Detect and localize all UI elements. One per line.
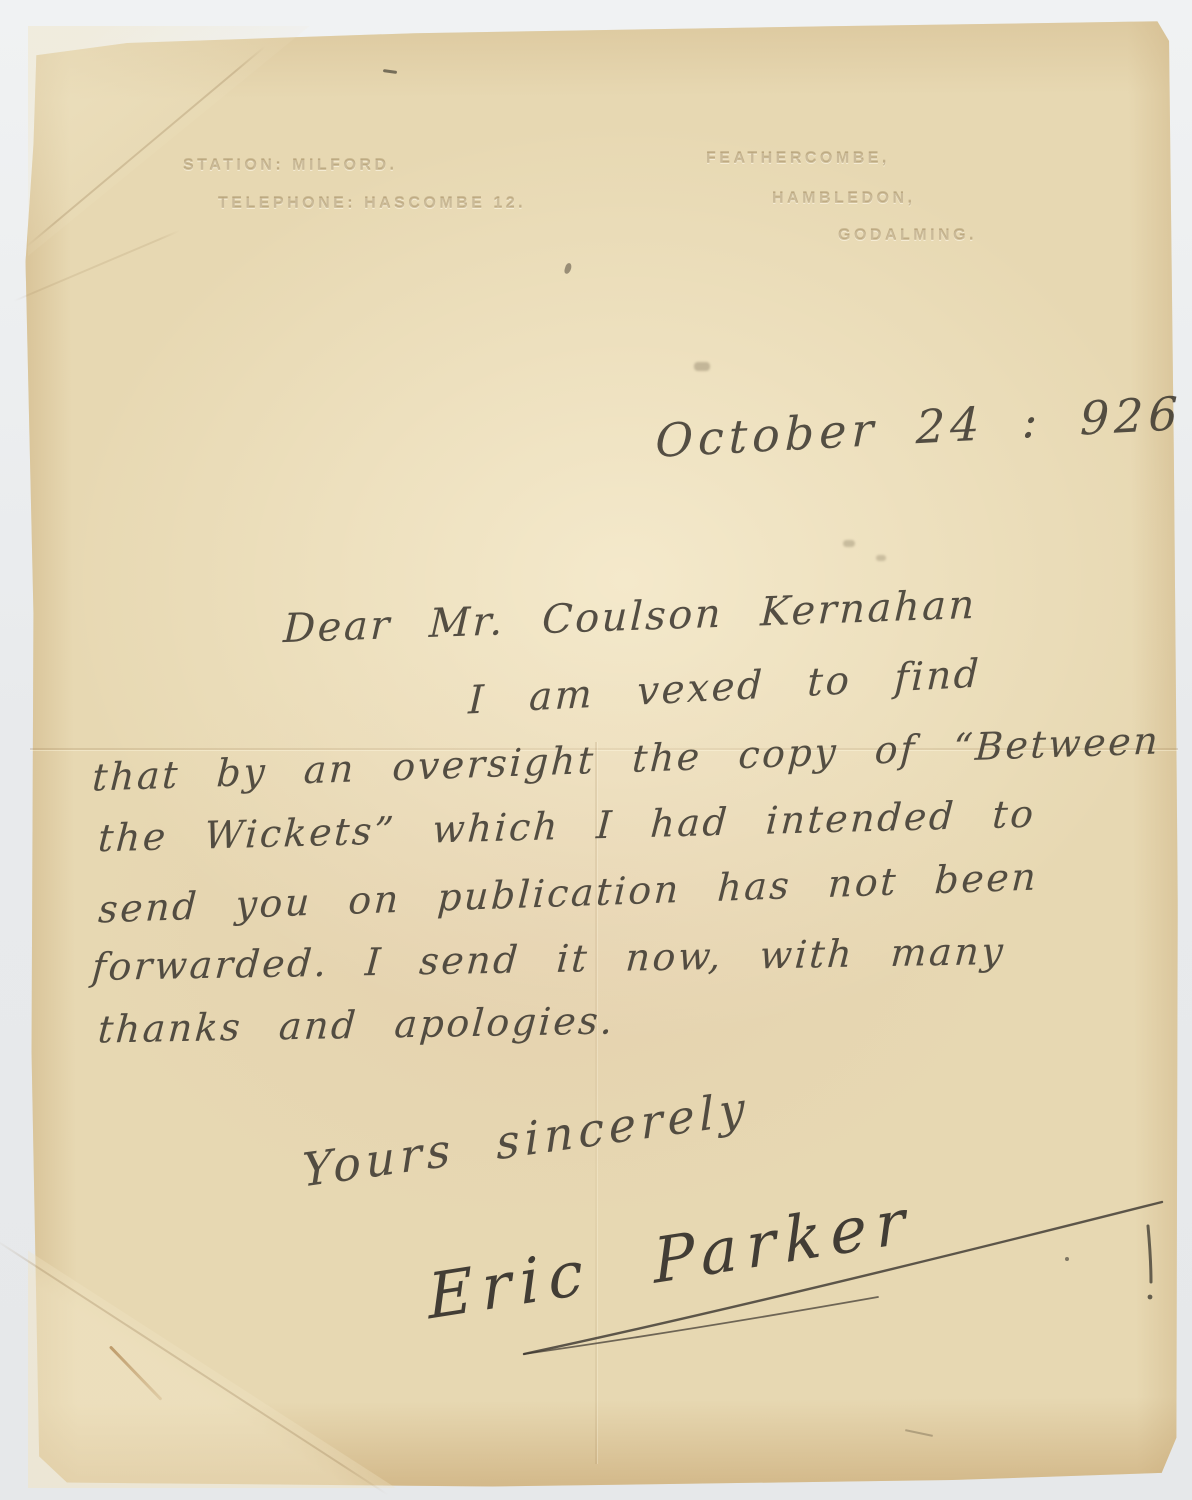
embossed-address-village: HAMBLEDON, (772, 190, 915, 208)
embossed-address-house: FEATHERCOMBE, (706, 150, 890, 168)
letter-photograph: STATION: MILFORD. TELEPHONE: HASCOMBE 12… (0, 0, 1192, 1500)
embossed-address-town: GODALMING. (838, 227, 977, 245)
embossed-station-line: STATION: MILFORD. (183, 157, 397, 175)
body-line: thanks and apologies. (96, 998, 616, 1051)
embossed-telephone-line: TELEPHONE: HASCOMBE 12. (218, 195, 526, 213)
